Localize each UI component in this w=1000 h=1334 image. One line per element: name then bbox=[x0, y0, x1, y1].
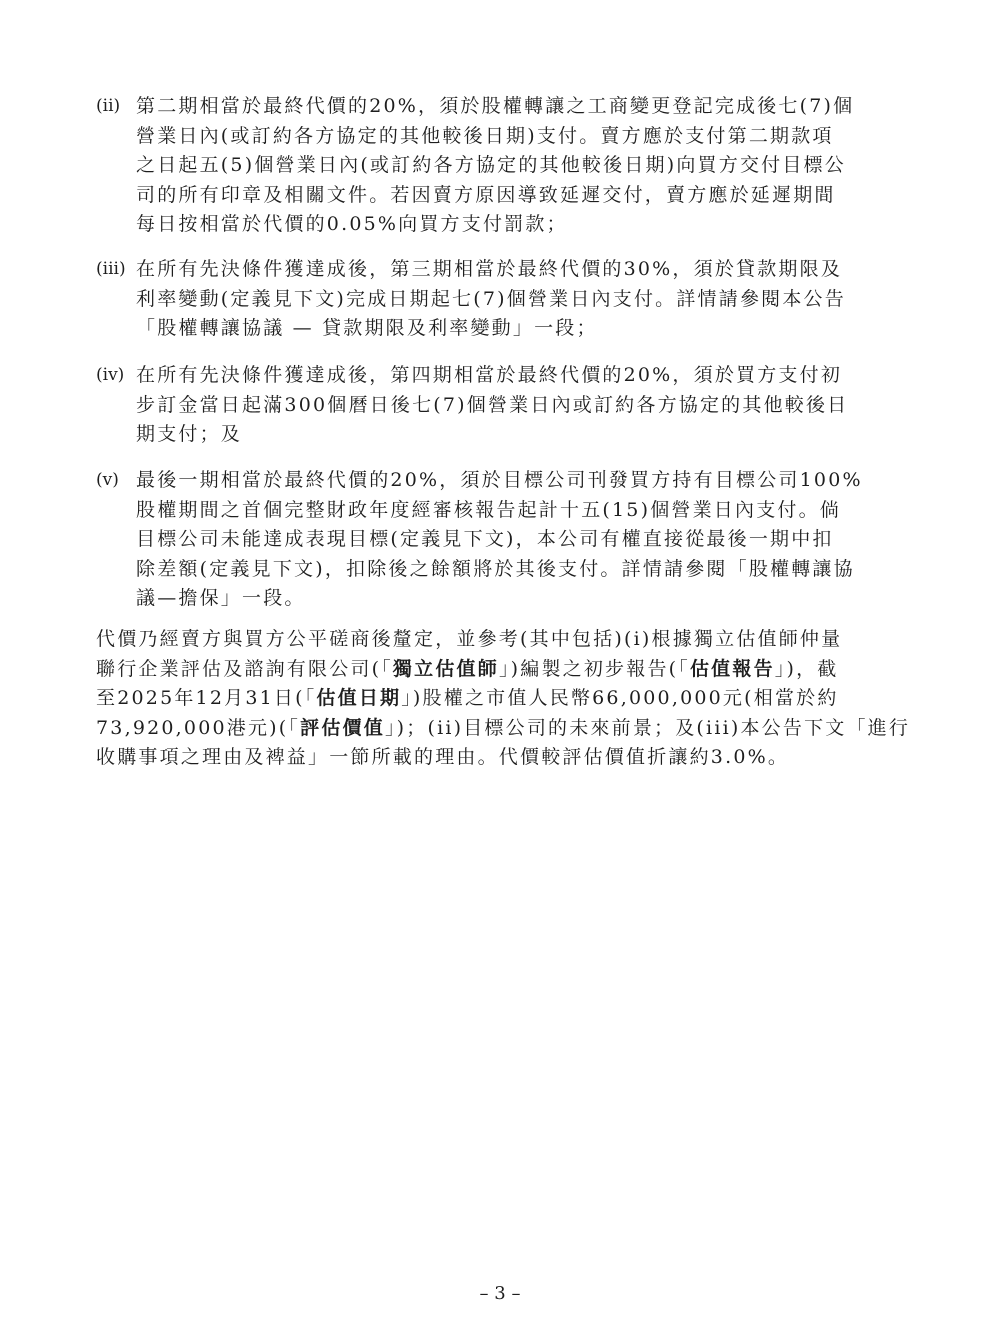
text-line: 目標公司未能達成表現目標(定義見下文)，本公司有權直接從最後一期中扣 bbox=[136, 525, 908, 555]
text-line: 議—擔保」一段。 bbox=[136, 584, 908, 614]
text-line: 在所有先決條件獲達成後，第三期相當於最終代價的30%，須於貸款期限及 bbox=[136, 255, 908, 285]
document-page: (ii) 第二期相當於最終代價的20%，須於股權轉讓之工商變更登記完成後七(7)… bbox=[0, 0, 1000, 1334]
text-segment: 」)；(ii)目標公司的未來前景；及(iii)本公告下文「進行 bbox=[385, 717, 910, 739]
defined-term-valuation-date: 估值日期 bbox=[316, 687, 401, 709]
item-text: 第二期相當於最終代價的20%，須於股權轉讓之工商變更登記完成後七(7)個 營業日… bbox=[136, 92, 908, 240]
text-line: 第二期相當於最終代價的20%，須於股權轉讓之工商變更登記完成後七(7)個 bbox=[136, 92, 908, 122]
text-line: 聯行企業評估及諮詢有限公司(「獨立估值師」)編製之初步報告(「估值報告」)，截 bbox=[96, 655, 908, 685]
item-text: 在所有先決條件獲達成後，第四期相當於最終代價的20%，須於買方支付初 步訂金當日… bbox=[136, 361, 908, 450]
defined-term-valuation-report: 估值報告 bbox=[690, 658, 775, 680]
text-segment: 」)編製之初步報告(「 bbox=[499, 658, 690, 680]
text-segment: 至2025年12月31日(「 bbox=[96, 687, 316, 709]
text-segment: 」)股權之市值人民幣66,000,000元(相當於約 bbox=[401, 687, 838, 709]
defined-term-independent-valuer: 獨立估值師 bbox=[393, 658, 499, 680]
text-line: 代價乃經賣方與買方公平磋商後釐定，並參考(其中包括)(i)根據獨立估值師仲量 bbox=[96, 625, 908, 655]
text-line: 「股權轉讓協議 — 貸款期限及利率變動」一段； bbox=[136, 314, 908, 344]
text-line: 期支付；及 bbox=[136, 420, 908, 450]
text-segment: 聯行企業評估及諮詢有限公司(「 bbox=[96, 658, 393, 680]
item-text: 在所有先決條件獲達成後，第三期相當於最終代價的30%，須於貸款期限及 利率變動(… bbox=[136, 255, 908, 344]
text-line: 利率變動(定義見下文)完成日期起七(7)個營業日內支付。詳情請參閱本公告 bbox=[136, 285, 908, 315]
payment-item-ii: (ii) 第二期相當於最終代價的20%，須於股權轉讓之工商變更登記完成後七(7)… bbox=[96, 92, 908, 240]
text-line: 除差額(定義見下文)，扣除後之餘額將於其後支付。詳情請參閱「股權轉讓協 bbox=[136, 555, 908, 585]
item-label: (iii) bbox=[96, 255, 136, 344]
text-line: 之日起五(5)個營業日內(或訂約各方協定的其他較後日期)向買方交付目標公 bbox=[136, 151, 908, 181]
defined-term-appraised-value: 評估價值 bbox=[300, 717, 385, 739]
text-line: 司的所有印章及相關文件。若因賣方原因導致延遲交付，賣方應於延遲期間 bbox=[136, 181, 908, 211]
text-line: 步訂金當日起滿300個曆日後七(7)個營業日內或訂約各方協定的其他較後日 bbox=[136, 391, 908, 421]
payment-item-iv: (iv) 在所有先決條件獲達成後，第四期相當於最終代價的20%，須於買方支付初 … bbox=[96, 361, 908, 450]
consideration-paragraph: 代價乃經賣方與買方公平磋商後釐定，並參考(其中包括)(i)根據獨立估值師仲量 聯… bbox=[96, 625, 908, 773]
text-segment: 73,920,000港元)(「 bbox=[96, 717, 300, 739]
payment-item-iii: (iii) 在所有先決條件獲達成後，第三期相當於最終代價的30%，須於貸款期限及… bbox=[96, 255, 908, 344]
item-label: (v) bbox=[96, 466, 136, 614]
text-line: 股權期間之首個完整財政年度經審核報告起計十五(15)個營業日內支付。倘 bbox=[136, 496, 908, 526]
item-label: (ii) bbox=[96, 92, 136, 240]
text-line: 營業日內(或訂約各方協定的其他較後日期)支付。賣方應於支付第二期款項 bbox=[136, 122, 908, 152]
text-line: 至2025年12月31日(「估值日期」)股權之市值人民幣66,000,000元(… bbox=[96, 684, 908, 714]
page-number: – 3 – bbox=[0, 1283, 1000, 1304]
text-line: 最後一期相當於最終代價的20%，須於目標公司刊發買方持有目標公司100% bbox=[136, 466, 908, 496]
item-label: (iv) bbox=[96, 361, 136, 450]
text-line: 每日按相當於代價的0.05%向買方支付罰款； bbox=[136, 210, 908, 240]
text-line: 在所有先決條件獲達成後，第四期相當於最終代價的20%，須於買方支付初 bbox=[136, 361, 908, 391]
text-line: 收購事項之理由及裨益」一節所載的理由。代價較評估價值折讓約3.0%。 bbox=[96, 743, 908, 773]
item-text: 最後一期相當於最終代價的20%，須於目標公司刊發買方持有目標公司100% 股權期… bbox=[136, 466, 908, 614]
text-line: 73,920,000港元)(「評估價值」)；(ii)目標公司的未來前景；及(ii… bbox=[96, 714, 908, 744]
payment-item-v: (v) 最後一期相當於最終代價的20%，須於目標公司刊發買方持有目標公司100%… bbox=[96, 466, 908, 614]
text-segment: 」)，截 bbox=[775, 658, 839, 680]
